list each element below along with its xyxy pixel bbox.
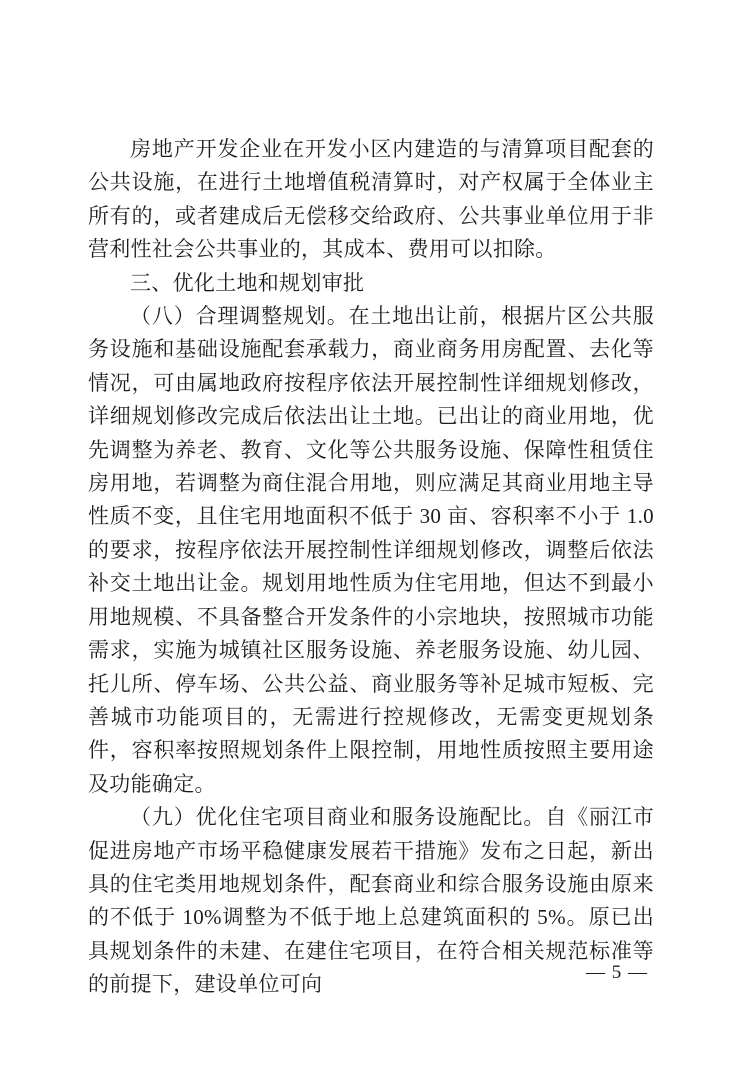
paragraph-land-vat-deduction: 房地产开发企业在开发小区内建造的与清算项目配套的公共设施，在进行土地增值税清算时… bbox=[88, 133, 654, 267]
paragraph-item-9-commercial-ratio: （九）优化住宅项目商业和服务设施配比。自《丽江市促进房地产市场平稳健康发展若干措… bbox=[88, 801, 654, 1001]
page-number: — 5 — bbox=[586, 961, 648, 985]
document-body: 房地产开发企业在开发小区内建造的与清算项目配套的公共设施，在进行土地增值税清算时… bbox=[88, 133, 654, 1002]
paragraph-item-8-plan-adjustment: （八）合理调整规划。在土地出让前，根据片区公共服务设施和基础设施配套承载力，商业… bbox=[88, 300, 654, 801]
document-page: 房地产开发企业在开发小区内建造的与清算项目配套的公共设施，在进行土地增值税清算时… bbox=[0, 0, 740, 1078]
section-heading-optimize-land-planning: 三、优化土地和规划审批 bbox=[88, 267, 654, 300]
